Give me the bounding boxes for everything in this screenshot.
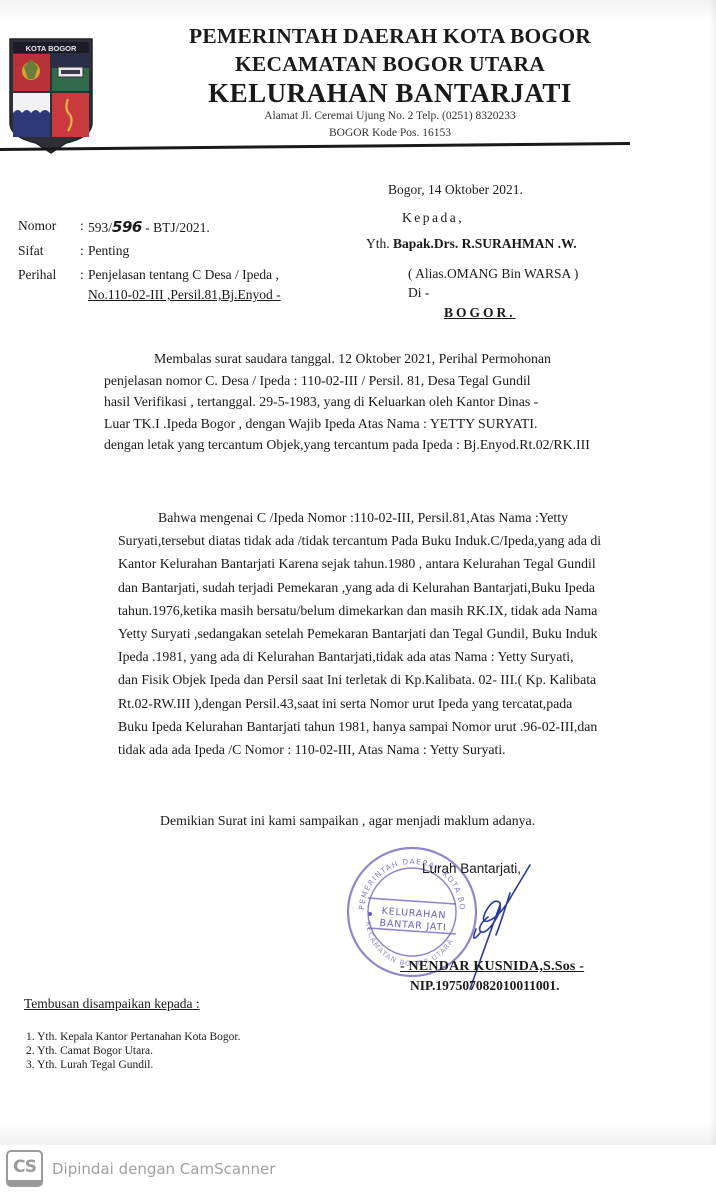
paragraph-line: Kantor Kelurahan Bantarjati Karena sejak… bbox=[118, 552, 638, 575]
cc-item: 2. Yth. Camat Bogor Utara. bbox=[26, 1044, 241, 1058]
camscanner-text: Dipindai dengan CamScanner bbox=[52, 1160, 275, 1178]
cc-heading: Tembusan disampaikan kepada : bbox=[24, 996, 200, 1012]
sifat-label: Sifat bbox=[18, 243, 68, 259]
cc-item: 1. Yth. Kepala Kantor Pertanahan Kota Bo… bbox=[26, 1030, 241, 1044]
paragraph-line: Bahwa mengenai C /Ipeda Nomor :110-02-II… bbox=[118, 506, 638, 529]
nomor-suffix: - BTJ/2021. bbox=[142, 220, 210, 235]
body-paragraph-2: Bahwa mengenai C /Ipeda Nomor :110-02-II… bbox=[118, 506, 638, 761]
signatory-nip: NIP.197507082010011001. bbox=[410, 978, 560, 994]
letter-date: Bogor, 14 Oktober 2021. bbox=[388, 182, 523, 198]
kota-bogor-coat-of-arms-icon: KOTA BOGOR bbox=[6, 37, 96, 155]
paragraph-line: dan Fisik Objek Ipeda dan Persil saat In… bbox=[118, 668, 638, 691]
perihal-label: Perihal bbox=[18, 267, 68, 283]
colon: : bbox=[80, 218, 84, 234]
letterhead-village: KELURAHAN BANTARJATI bbox=[110, 78, 670, 109]
paragraph-line: tidak ada ada Ipeda /C Nomor : 110-02-II… bbox=[118, 738, 638, 761]
recipient-yth: Yth. bbox=[366, 236, 393, 251]
letterhead-district: KECAMATAN BOGOR UTARA bbox=[110, 52, 670, 77]
recipient-city: BOGOR. bbox=[444, 305, 516, 321]
cc-item: 3. Yth. Lurah Tegal Gundil. bbox=[26, 1058, 241, 1072]
closing-line: Demikian Surat ini kami sampaikan , agar… bbox=[160, 810, 680, 832]
recipient-name-line: Yth. Bapak.Drs. R.SURAHMAN .W. bbox=[366, 236, 577, 252]
perihal-line2: No.110-02-III ,Persil.81,Bj.Enyod - bbox=[88, 287, 281, 303]
nomor-value: 593/596 - BTJ/2021. bbox=[88, 218, 210, 236]
paragraph-line: dengan letak yang tercantum Objek,yang t… bbox=[104, 434, 624, 456]
cc-list: 1. Yth. Kepala Kantor Pertanahan Kota Bo… bbox=[26, 1030, 241, 1072]
nomor-label: Nomor bbox=[18, 218, 68, 234]
signatory-name: - NENDAR KUSNIDA,S.Sos - bbox=[400, 959, 584, 975]
body-paragraph-1: Membalas surat saudara tanggal. 12 Oktob… bbox=[104, 348, 624, 456]
paragraph-line: Rt.02-RW.III ),dengan Persil.43,saat ini… bbox=[118, 692, 638, 715]
logo-label: KOTA BOGOR bbox=[26, 44, 77, 53]
recipient-name: Bapak.Drs. R.SURAHMAN .W. bbox=[393, 236, 577, 251]
letterhead-postal: BOGOR Kode Pos. 16153 bbox=[110, 127, 670, 139]
recipient-di: Di - bbox=[408, 285, 429, 301]
paragraph-line: tahun.1976,ketika masih bersatu/belum di… bbox=[118, 599, 638, 622]
letterhead-government: PEMERINTAH DAERAH KOTA BOGOR bbox=[110, 24, 670, 49]
paragraph-line: Membalas surat saudara tanggal. 12 Oktob… bbox=[104, 348, 624, 370]
paragraph-line: Ipeda .1981, yang ada di Kelurahan Banta… bbox=[118, 645, 638, 668]
closing-sentence: Demikian Surat ini kami sampaikan , agar… bbox=[160, 810, 680, 832]
colon: : bbox=[80, 243, 84, 259]
recipient-alias: ( Alias.OMANG Bin WARSA ) bbox=[408, 266, 578, 282]
paragraph-line: Yetty Suryati ,sedangakan setelah Pemeka… bbox=[118, 622, 638, 645]
paragraph-line: Buku Ipeda Kelurahan Bantarjati tahun 19… bbox=[118, 715, 638, 738]
scanned-letter-page: KOTA BOGOR PEMERINTAH DAERAH KOTA BOGOR … bbox=[0, 0, 716, 1145]
paragraph-line: Suryati,tersebut diatas tidak ada /tidak… bbox=[118, 529, 638, 552]
recipient-kepada: Kepada, bbox=[402, 210, 464, 226]
scanner-watermark: CS Dipindai dengan CamScanner bbox=[0, 1145, 716, 1195]
sifat-value: Penting bbox=[88, 243, 129, 259]
nomor-prefix: 593/ bbox=[88, 220, 112, 235]
colon: : bbox=[80, 267, 84, 283]
paragraph-line: hasil Verifikasi , tertanggal. 29-5-1983… bbox=[104, 391, 624, 413]
paragraph-line: penjelasan nomor C. Desa / Ipeda : 110-0… bbox=[104, 370, 624, 392]
nomor-handwritten: 596 bbox=[112, 218, 142, 236]
paragraph-line: dan Bantarjati, sudah terjadi Pemekaran … bbox=[118, 576, 638, 599]
letterhead-address: Alamat Jl. Ceremai Ujung No. 2 Telp. (02… bbox=[110, 110, 670, 122]
paragraph-line: Luar TK.I .Ipeda Bogor , dengan Wajib Ip… bbox=[104, 413, 624, 435]
perihal-line1: Penjelasan tentang C Desa / Ipeda , bbox=[88, 267, 279, 283]
camscanner-logo-icon: CS bbox=[6, 1150, 43, 1187]
